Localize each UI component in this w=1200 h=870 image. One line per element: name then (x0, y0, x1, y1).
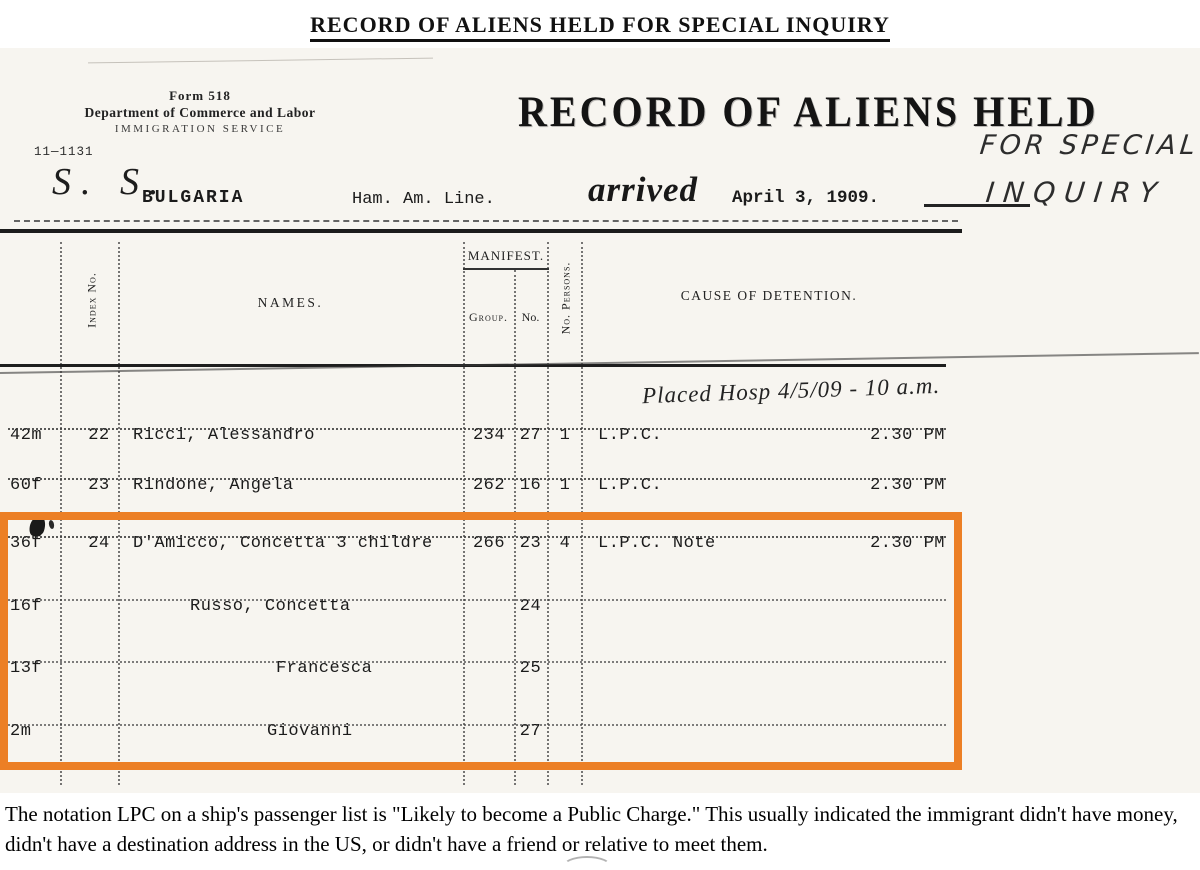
ship-line: Ham. Am. Line. (352, 190, 495, 209)
handwritten-annotation-line1: FOR SPECIAL (978, 130, 1200, 161)
form-number: Form 518 (0, 88, 400, 104)
row-rule (8, 428, 946, 430)
arrived-stamp: arrived (588, 170, 698, 210)
header-names: NAMES. (118, 295, 463, 311)
caption-text: The notation LPC on a ship's passenger l… (5, 800, 1195, 860)
form-imprint: Form 518 Department of Commerce and Labo… (0, 88, 400, 135)
scanned-document: Form 518 Department of Commerce and Labo… (0, 48, 1200, 793)
row-rule (8, 478, 946, 480)
highlight-box (0, 512, 962, 770)
edition-code: 11—1131 (34, 145, 94, 159)
header-group: Group. (463, 310, 514, 325)
document-page: RECORD OF ALIENS HELD FOR SPECIAL INQUIR… (0, 0, 1200, 870)
service-name: IMMIGRATION SERVICE (0, 123, 400, 135)
header-index-no: Index No. (85, 272, 100, 328)
page-title: RECORD OF ALIENS HELD FOR SPECIAL INQUIR… (310, 12, 890, 42)
header-manifest: MANIFEST. (463, 248, 549, 264)
scan-edge-line (88, 58, 433, 64)
top-rule (0, 229, 962, 233)
ship-row-underline (14, 220, 958, 222)
manifest-box-line (463, 268, 549, 270)
handwritten-annotation-line2: INQUIRY (984, 176, 1167, 209)
header-no: No. (514, 310, 547, 325)
arrival-date: April 3, 1909. (732, 188, 879, 208)
ship-name: BULGARIA (142, 188, 244, 208)
page-title-bar: RECORD OF ALIENS HELD FOR SPECIAL INQUIR… (0, 12, 1200, 42)
header-cause-of-detention: CAUSE OF DETENTION. (583, 288, 955, 304)
department-name: Department of Commerce and Labor (0, 105, 400, 121)
handwritten-note: Placed Hosp 4/5/09 - 10 a.m. (642, 373, 941, 409)
header-no-persons: No. Persons. (559, 262, 574, 335)
